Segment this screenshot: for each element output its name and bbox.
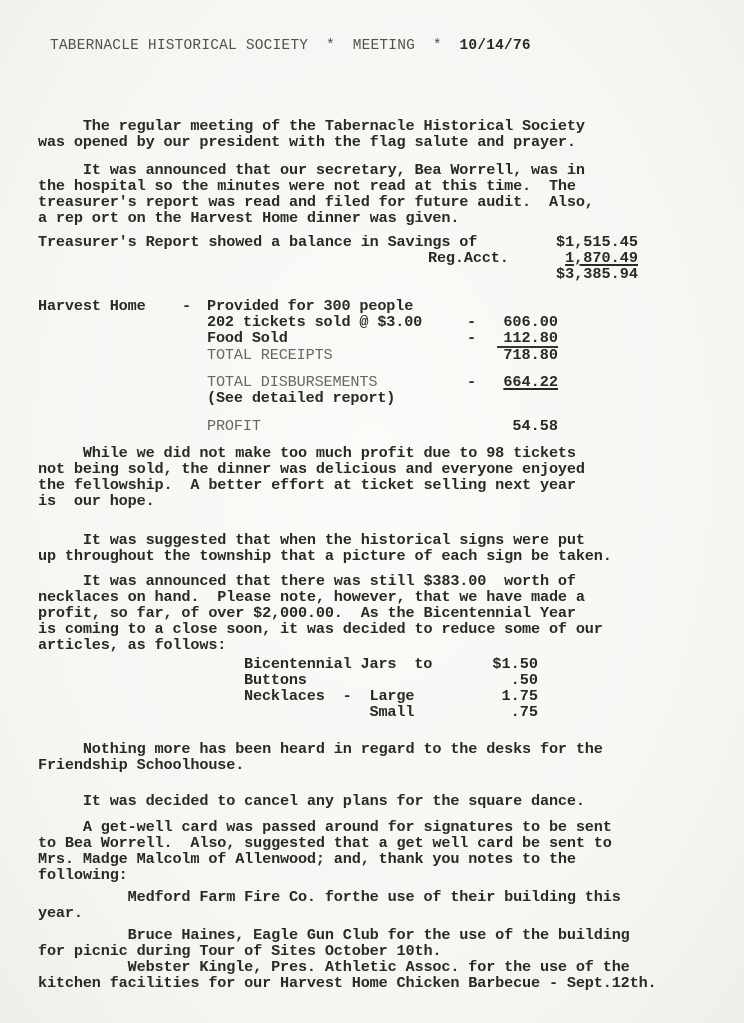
dash: -	[467, 314, 476, 330]
receipts-value: 718.80	[503, 347, 558, 363]
paragraph-line: following:	[38, 867, 128, 883]
thanks-line: Bruce Haines, Eagle Gun Club for the use…	[38, 927, 630, 943]
price-item: Buttons	[244, 672, 307, 688]
thanks-line: Webster Kingle, Pres. Athletic Assoc. fo…	[38, 959, 630, 975]
price-value: .50	[511, 672, 538, 688]
tickets-value: 606.00	[503, 314, 558, 330]
disbursements-note: (See detailed report)	[207, 390, 395, 406]
paragraph-line: It was announced that there was still $3…	[38, 573, 576, 589]
food-label: Food Sold	[207, 330, 288, 346]
header-date: 10/14/76	[460, 38, 531, 54]
header-separator: *	[433, 38, 442, 54]
thanks-line: year.	[38, 905, 83, 921]
paragraph-line: It was suggested that when the historica…	[38, 532, 585, 548]
harvest-home-dash: -	[182, 298, 191, 314]
price-value: 1.75	[502, 688, 538, 704]
profit-label: PROFIT	[207, 418, 261, 434]
paragraph-line: It was decided to cancel any plans for t…	[38, 793, 585, 809]
price-item: Small	[244, 704, 414, 720]
paragraph-line: is our hope.	[38, 493, 155, 509]
document-page: TABERNACLE HISTORICAL SOCIETY * MEETING …	[0, 0, 744, 1023]
paragraph-line: up throughout the township that a pictur…	[38, 548, 612, 564]
savings-amount: $1,515.45	[556, 234, 638, 250]
paragraph-line: Mrs. Madge Malcolm of Allenwood; and, th…	[38, 851, 576, 867]
paragraph-line: treasurer's report was read and filed fo…	[38, 194, 594, 210]
thanks-line: Medford Farm Fire Co. forthe use of thei…	[38, 889, 621, 905]
price-item: Necklaces - Large	[244, 688, 414, 704]
paragraph-line: is coming to a close soon, it was decide…	[38, 621, 603, 637]
document-header: TABERNACLE HISTORICAL SOCIETY * MEETING …	[50, 38, 531, 54]
thanks-line: kitchen facilities for our Harvest Home …	[38, 975, 657, 991]
paragraph-line: Nothing more has been heard in regard to…	[38, 741, 603, 757]
paragraph-line: While we did not make too much profit du…	[38, 445, 576, 461]
paragraph-line: to Bea Worrell. Also, suggested that a g…	[38, 835, 612, 851]
paragraph-line: Friendship Schoolhouse.	[38, 757, 244, 773]
provided-line: Provided for 300 people	[207, 298, 413, 314]
harvest-home-label: Harvest Home	[38, 298, 146, 314]
paragraph-line: It was announced that our secretary, Bea…	[38, 162, 585, 178]
paragraph-line: The regular meeting of the Tabernacle Hi…	[38, 118, 585, 134]
reg-acct-label: Reg.Acct.	[428, 250, 509, 266]
header-separator: *	[326, 38, 335, 54]
disbursements-label: TOTAL DISBURSEMENTS	[207, 374, 377, 390]
paragraph-line: articles, as follows:	[38, 637, 226, 653]
disbursements-value: 664.22	[503, 374, 558, 390]
header-org: TABERNACLE HISTORICAL SOCIETY	[50, 38, 308, 54]
dash: -	[467, 330, 476, 346]
treasurer-label: Treasurer's Report showed a balance in S…	[38, 234, 477, 250]
dash: -	[467, 374, 476, 390]
price-value: $1.50	[492, 656, 538, 672]
header-type: MEETING	[353, 38, 415, 54]
paragraph-line: A get-well card was passed around for si…	[38, 819, 612, 835]
tickets-label: 202 tickets sold @ $3.00	[207, 314, 422, 330]
paragraph-line: not being sold, the dinner was delicious…	[38, 461, 585, 477]
price-value: .75	[511, 704, 538, 720]
thanks-line: for picnic during Tour of Sites October …	[38, 943, 441, 959]
paragraph-line: the hospital so the minutes were not rea…	[38, 178, 576, 194]
paragraph-line: was opened by our president with the fla…	[38, 134, 576, 150]
balance-total: $3,385.94	[556, 266, 638, 282]
profit-value: 54.58	[512, 418, 558, 434]
food-value: 112.80	[503, 330, 558, 346]
paragraph-line: necklaces on hand. Please note, however,…	[38, 589, 585, 605]
receipts-label: TOTAL RECEIPTS	[207, 347, 333, 363]
reg-acct-amount: 1,870.49	[565, 250, 638, 266]
price-item: Bicentennial Jars to	[244, 656, 432, 672]
paragraph-line: the fellowship. A better effort at ticke…	[38, 477, 576, 493]
paragraph-line: a rep ort on the Harvest Home dinner was…	[38, 210, 459, 226]
paragraph-line: profit, so far, of over $2,000.00. As th…	[38, 605, 576, 621]
